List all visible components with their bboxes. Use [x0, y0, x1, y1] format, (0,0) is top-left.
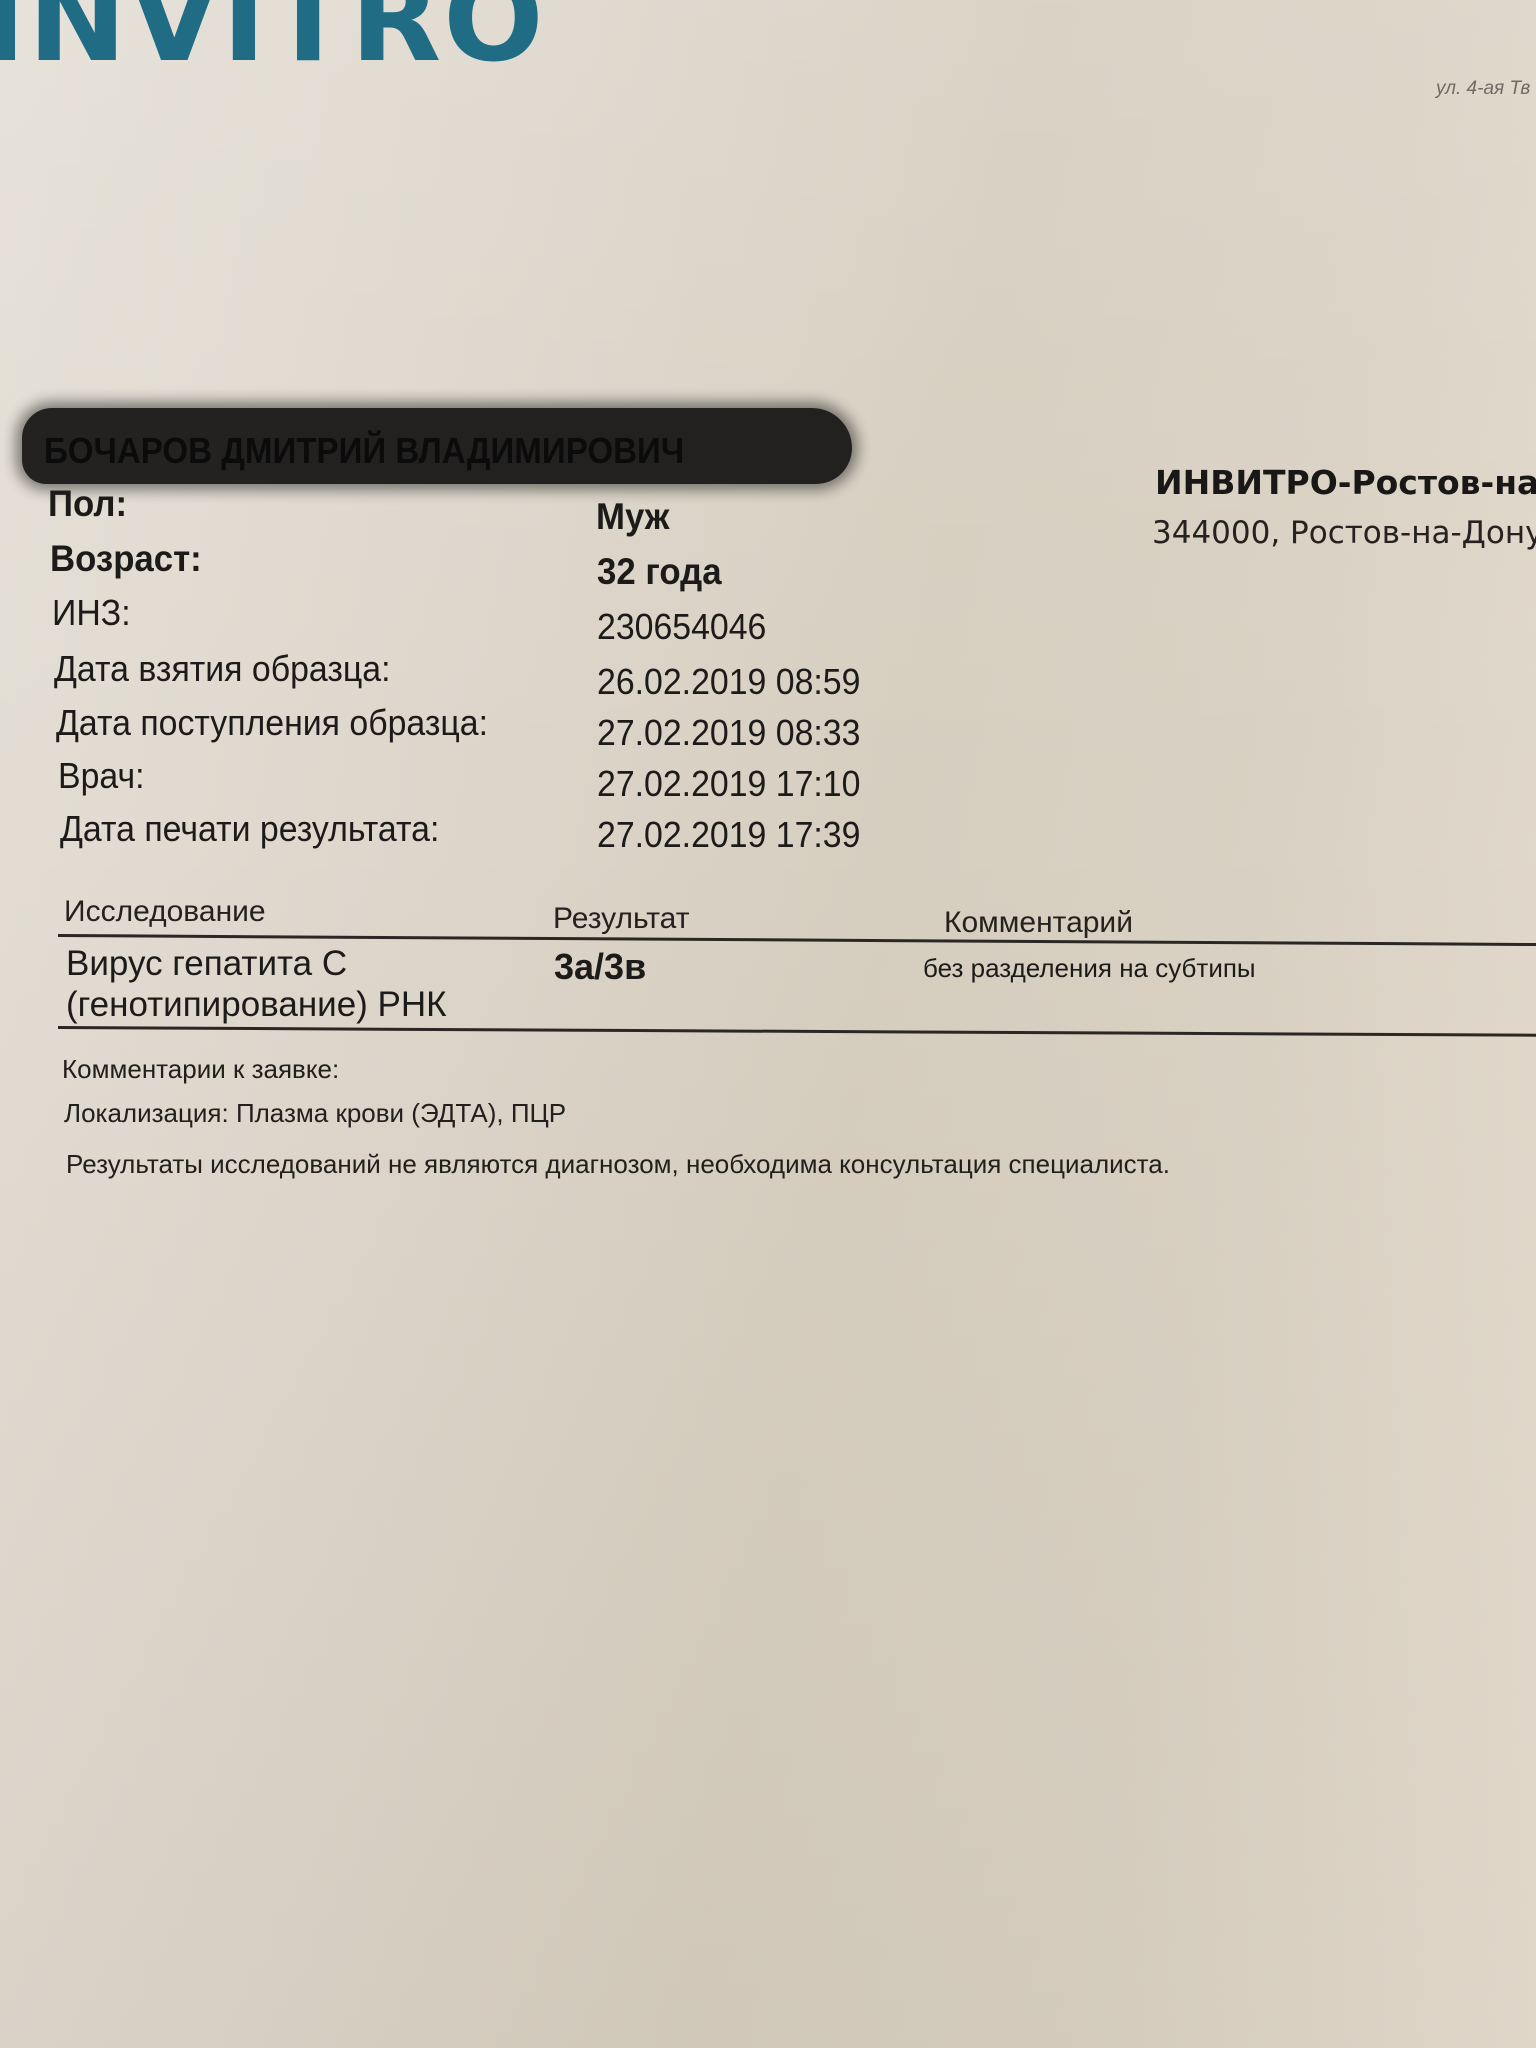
- field-value-inz: 230654046: [597, 606, 766, 648]
- test-comment: без разделения на субтипы: [923, 953, 1256, 984]
- field-label-doctor: Врач:: [58, 755, 145, 797]
- order-comments-label: Комментарии к заявке:: [62, 1054, 339, 1085]
- field-label-received-date: Дата поступления образца:: [56, 702, 488, 744]
- patient-name-block: БОЧАРОВ ДМИТРИЙ ВЛАДИМИРОВИЧ: [22, 408, 852, 484]
- table-header-test: Исследование: [64, 895, 266, 929]
- field-label-age: Возраст:: [50, 538, 202, 580]
- field-label-print-date: Дата печати результата:: [60, 808, 439, 850]
- localization-note: Локализация: Плазма крови (ЭДТА), ПЦР: [64, 1098, 566, 1129]
- field-value-received-date: 27.02.2019 08:33: [597, 712, 860, 754]
- field-value-sample-date: 26.02.2019 08:59: [597, 661, 860, 703]
- field-value-doctor: 27.02.2019 17:10: [597, 763, 860, 805]
- disclaimer-note: Результаты исследований не являются диаг…: [66, 1149, 1170, 1180]
- test-name-line2: (генотипирование) РНК: [66, 985, 447, 1025]
- table-bottom-divider: [58, 1026, 1536, 1037]
- table-header-result: Результат: [553, 902, 689, 936]
- field-label-sex: Пол:: [48, 483, 127, 525]
- table-header-comment: Комментарий: [944, 906, 1133, 940]
- field-value-print-date: 27.02.2019 17:39: [597, 814, 860, 856]
- field-value-age: 32 года: [597, 551, 722, 593]
- header-address: ул. 4-ая Тв: [1436, 78, 1530, 100]
- test-name-line1: Вирус гепатита С: [66, 944, 347, 984]
- field-value-sex: Муж: [596, 496, 669, 538]
- lab-address: 344000, Ростов-на-Дону: [1152, 515, 1536, 551]
- patient-name: БОЧАРОВ ДМИТРИЙ ВЛАДИМИРОВИЧ: [44, 430, 684, 472]
- field-label-inz: ИНЗ:: [52, 592, 131, 634]
- field-label-sample-date: Дата взятия образца:: [54, 648, 390, 690]
- test-result: 3a/3в: [554, 946, 646, 988]
- invitro-logo: INVITRO: [0, 0, 546, 78]
- lab-name: ИНВИТРО-Ростов-на: [1155, 463, 1536, 502]
